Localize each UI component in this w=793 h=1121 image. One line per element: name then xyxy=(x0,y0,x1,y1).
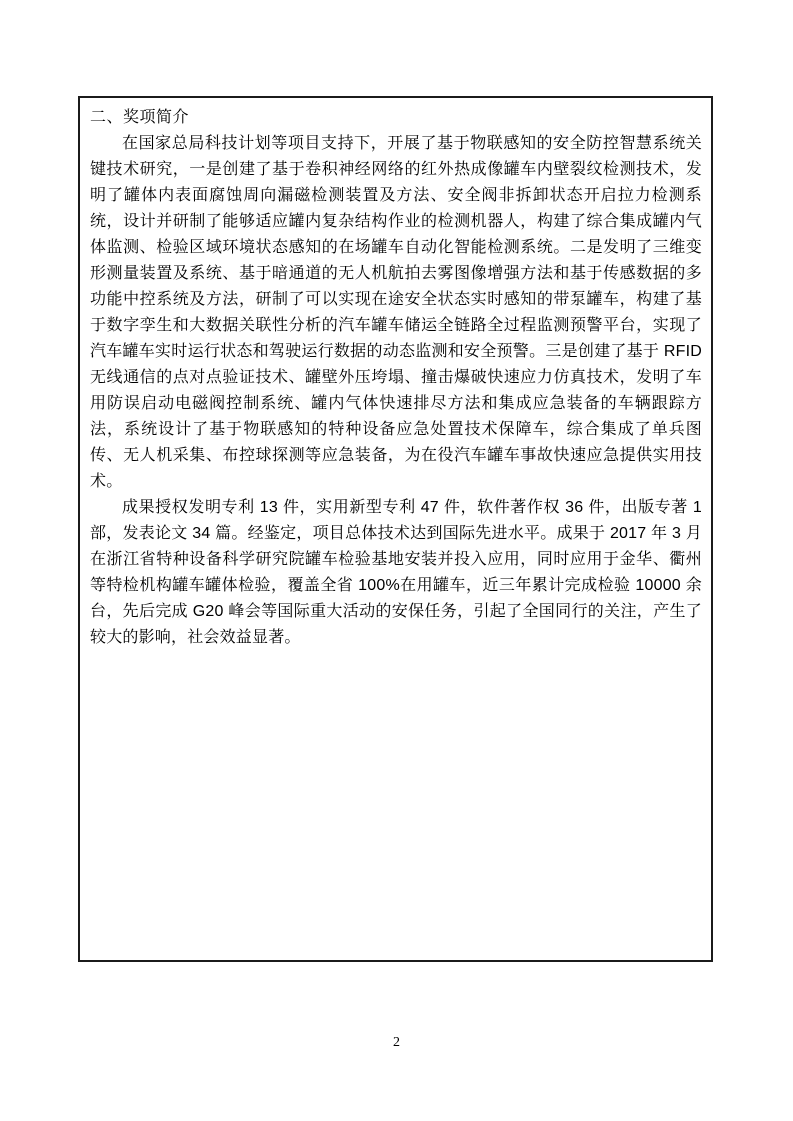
paragraph-achievements: 在国家总局科技计划等项目支持下，开展了基于物联感知的安全防控智慧系统关键技术研究… xyxy=(90,131,702,495)
section-heading: 二、奖项简介 xyxy=(90,105,702,131)
document-page: 二、奖项简介 在国家总局科技计划等项目支持下，开展了基于物联感知的安全防控智慧系… xyxy=(0,0,793,1121)
content-box: 二、奖项简介 在国家总局科技计划等项目支持下，开展了基于物联感知的安全防控智慧系… xyxy=(78,96,713,962)
paragraph-results: 成果授权发明专利 13 件，实用新型专利 47 件，软件著作权 36 件，出版专… xyxy=(90,495,702,651)
page-number: 2 xyxy=(0,1035,793,1051)
